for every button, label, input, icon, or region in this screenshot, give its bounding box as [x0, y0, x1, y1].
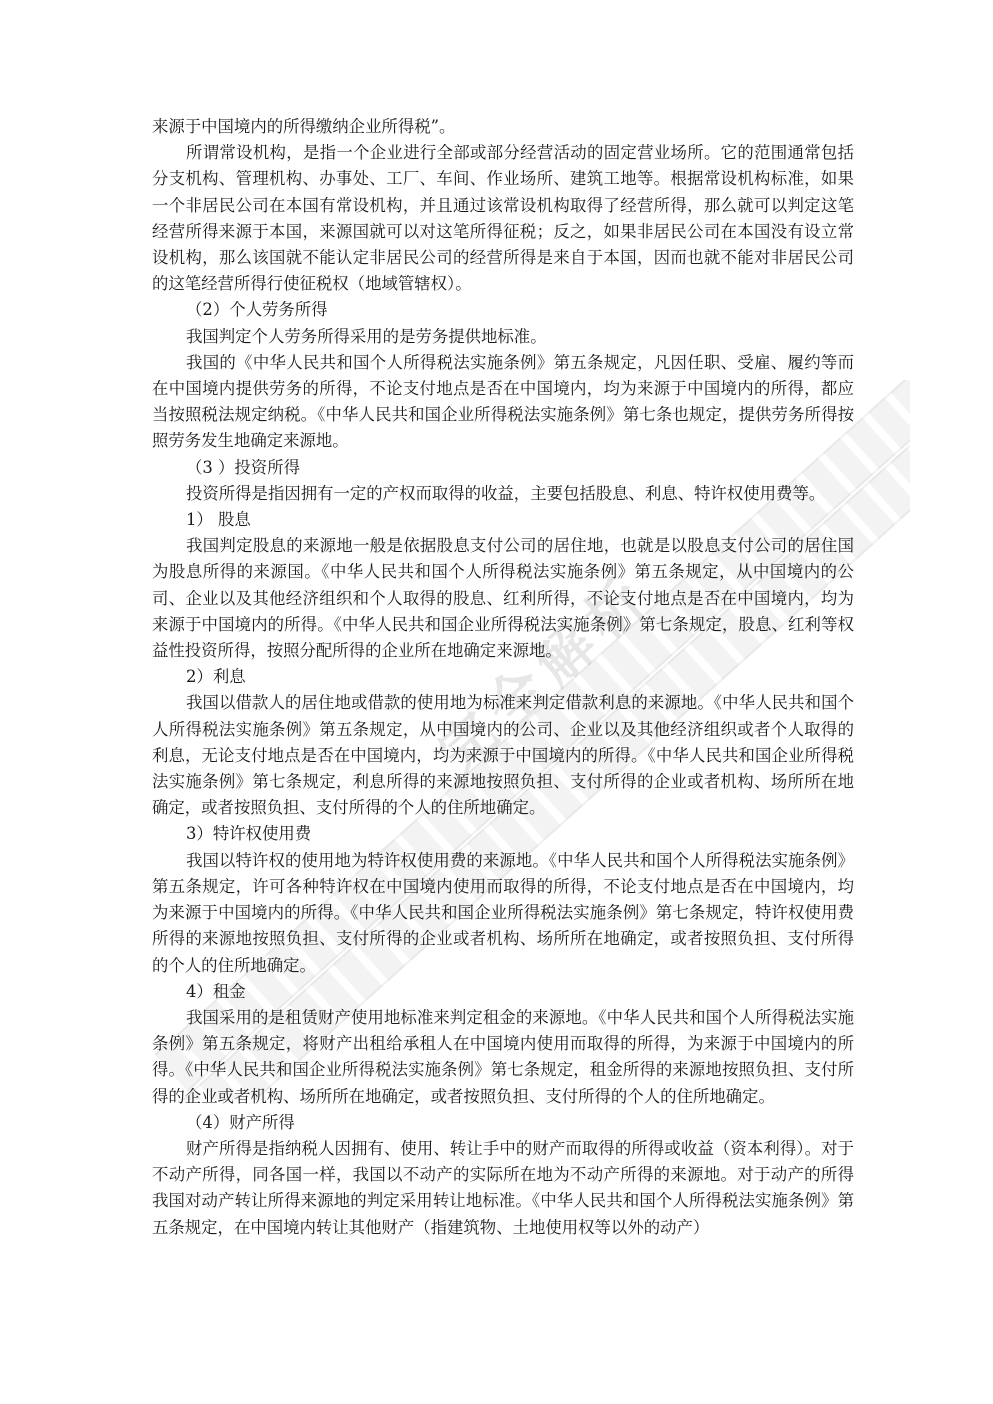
paragraph-dividends: 我国判定股息的来源地一般是依据股息支付公司的居住地，也就是以股息支付公司的居住国… — [152, 533, 854, 664]
document-page: 完全解析 来源于中国境内的所得缴纳企业所得税”。 所谓常设机构，是指一个企业进行… — [0, 0, 993, 1404]
heading-rent: 4）租金 — [152, 979, 854, 1005]
heading-personal-service-income: （2）个人劳务所得 — [152, 297, 854, 323]
document-body: 来源于中国境内的所得缴纳企业所得税”。 所谓常设机构，是指一个企业进行全部或部分… — [152, 114, 854, 1241]
paragraph-continuation: 来源于中国境内的所得缴纳企业所得税”。 — [152, 114, 854, 140]
paragraph-property-income: 财产所得是指纳税人因拥有、使用、转让手中的财产而取得的所得或收益（资本利得）。对… — [152, 1136, 854, 1241]
heading-interest: 2）利息 — [152, 664, 854, 690]
paragraph-service-regulation: 我国的《中华人民共和国个人所得税法实施条例》第五条规定，凡因任职、受雇、履约等而… — [152, 350, 854, 455]
paragraph-rent: 我国采用的是租赁财产使用地标准来判定租金的来源地。《中华人民共和国个人所得税法实… — [152, 1005, 854, 1110]
paragraph-service-standard: 我国判定个人劳务所得采用的是劳务提供地标准。 — [152, 324, 854, 350]
heading-dividends: 1） 股息 — [152, 507, 854, 533]
paragraph-interest: 我国以借款人的居住地或借款的使用地为标准来判定借款利息的来源地。《中华人民共和国… — [152, 690, 854, 821]
paragraph-investment-definition: 投资所得是指因拥有一定的产权而取得的收益，主要包括股息、利息、特许权使用费等。 — [152, 481, 854, 507]
heading-property-income: （4）财产所得 — [152, 1110, 854, 1136]
heading-royalties: 3）特许权使用费 — [152, 821, 854, 847]
paragraph-royalties: 我国以特许权的使用地为特许权使用费的来源地。《中华人民共和国个人所得税法实施条例… — [152, 848, 854, 979]
heading-investment-income: （3 ）投资所得 — [152, 455, 854, 481]
paragraph-permanent-establishment: 所谓常设机构，是指一个企业进行全部或部分经营活动的固定营业场所。它的范围通常包括… — [152, 140, 854, 297]
